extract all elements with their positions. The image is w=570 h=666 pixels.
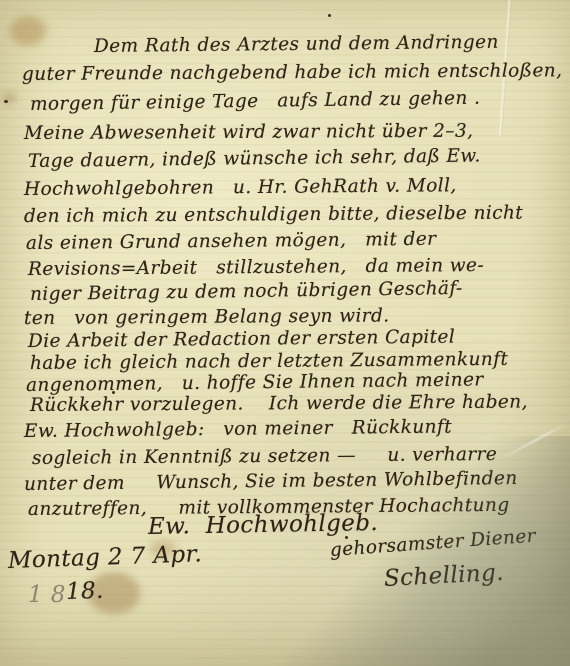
letter-line: als einen Grund ansehen mögen, mit der bbox=[26, 229, 437, 254]
letter-line: ten von geringem Belang seyn wird. bbox=[24, 305, 390, 329]
letter-line: niger Beitrag zu dem noch übrigen Geschä… bbox=[30, 278, 463, 305]
paper-crease-diagonal bbox=[497, 417, 570, 462]
letter-line: Ew. Hochwohlgeb: von meiner Rückkunft bbox=[24, 417, 452, 442]
date-year-ink: 18. bbox=[66, 578, 105, 605]
letter-line: unter dem Wunsch, Sie im besten Wohlbefi… bbox=[24, 468, 518, 495]
signature-schelling: Schelling. bbox=[383, 560, 504, 592]
letter-line: Hochwohlgebohren u. Hr. GehRath v. Moll, bbox=[24, 175, 457, 200]
ink-speck bbox=[328, 14, 331, 17]
date-day-line: Montag 2 7 Apr. bbox=[8, 541, 203, 574]
letter-line: Rückkehr vorzulegen. Ich werde die Ehre … bbox=[30, 392, 528, 416]
paper-stain-top-left bbox=[10, 16, 46, 46]
letter-scan: Dem Rath des Arztes und dem Andringen gu… bbox=[0, 0, 570, 666]
letter-line: Meine Abwesenheit wird zwar nicht über 2… bbox=[24, 121, 473, 144]
letter-line: guter Freunde nachgebend habe ich mich e… bbox=[22, 60, 563, 85]
letter-line: Die Arbeit der Redaction der ersten Capi… bbox=[28, 327, 455, 352]
letter-closing: Ew. Hochwohlgeb. bbox=[148, 510, 379, 540]
letter-line: Dem Rath des Arztes und dem Andringen bbox=[94, 32, 499, 57]
date-year-pencil: 1 8 bbox=[28, 582, 66, 608]
letter-line: den ich mich zu entschuldigen bitte, die… bbox=[24, 203, 523, 227]
ink-speck bbox=[4, 100, 8, 103]
letter-line: morgen für einige Tage aufs Land zu gehe… bbox=[30, 88, 481, 115]
letter-line: Revisions=Arbeit stillzustehen, da mein … bbox=[28, 255, 484, 280]
letter-line: sogleich in Kenntniß zu setzen — u. verh… bbox=[32, 444, 497, 469]
paper-stain-left-edge bbox=[2, 92, 16, 104]
letter-line: Tage dauern, indeß wünsche ich sehr, daß… bbox=[28, 145, 481, 172]
